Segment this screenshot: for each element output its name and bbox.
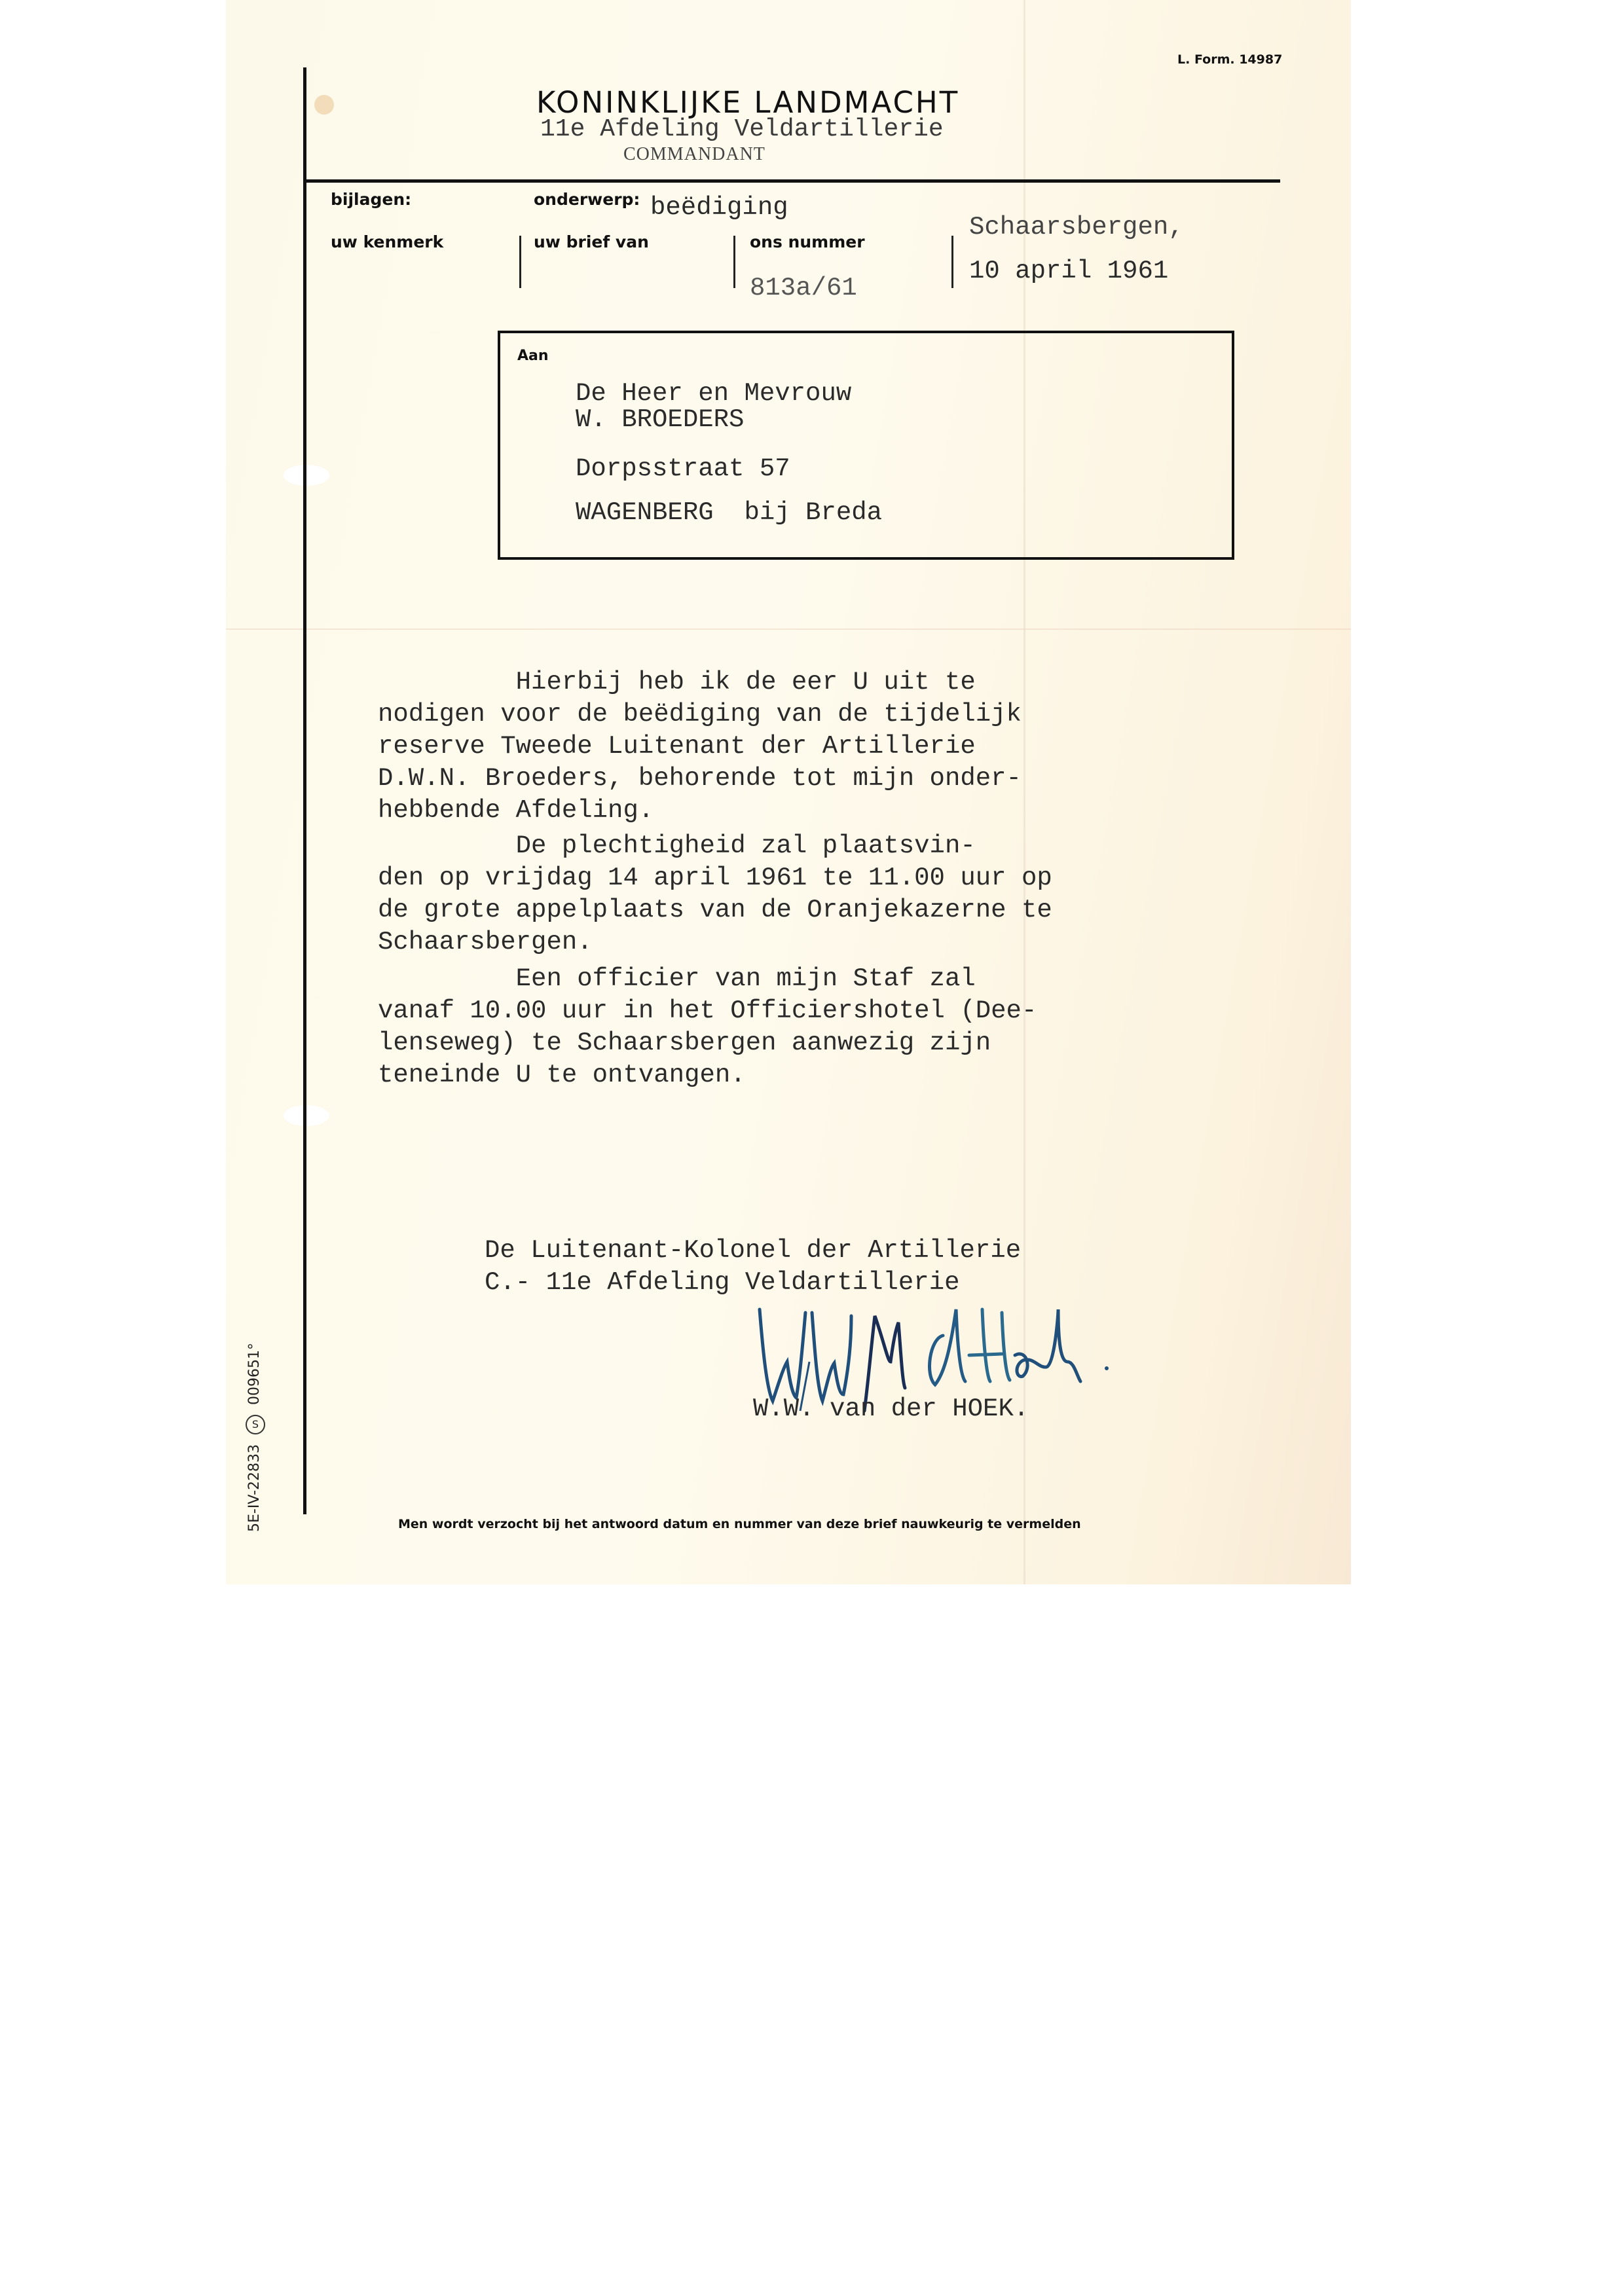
signer-name: W.W. van der HOEK. xyxy=(753,1394,1029,1423)
body-line: D.W.N. Broeders, behorende tot mijn onde… xyxy=(378,764,1022,793)
body-line: nodigen voor de beëdiging van de tijdeli… xyxy=(378,700,1022,729)
uw-kenmerk-label: uw kenmerk xyxy=(331,232,443,251)
field-separator xyxy=(951,236,953,288)
unit-name: 11e Afdeling Veldartillerie xyxy=(540,115,944,143)
address-line: Dorpsstraat 57 xyxy=(576,454,790,483)
date: 10 april 1961 xyxy=(969,257,1168,285)
address-label: Aan xyxy=(517,348,549,364)
uw-brief-van-label: uw brief van xyxy=(534,232,649,251)
body-line: lenseweg) te Schaarsbergen aanwezig zijn xyxy=(378,1029,991,1057)
paper-stain xyxy=(314,95,334,115)
header-rule xyxy=(303,179,1280,183)
field-separator xyxy=(519,236,521,288)
print-code: 5E-IV-22833 S 009651° xyxy=(246,1343,265,1532)
body-line: Een officier van mijn Staf zal xyxy=(378,964,976,993)
body-line: reserve Tweede Luitenant der Artillerie xyxy=(378,732,976,761)
signer-rank: De Luitenant-Kolonel der Artillerie xyxy=(485,1236,1021,1265)
body-line: hebbende Afdeling. xyxy=(378,796,654,825)
address-line: WAGENBERG bij Breda xyxy=(576,498,882,527)
body-line: de grote appelplaats van de Oranjekazern… xyxy=(378,896,1052,924)
address-box: Aan De Heer en Mevrouw W. BROEDERS Dorps… xyxy=(498,331,1234,560)
body-line: De plechtigheid zal plaatsvin- xyxy=(378,831,976,860)
address-line: W. BROEDERS xyxy=(576,405,744,434)
address-line: De Heer en Mevrouw xyxy=(576,379,851,408)
bijlagen-label: bijlagen: xyxy=(331,190,411,209)
footer-note: Men wordt verzocht bij het antwoord datu… xyxy=(398,1517,1081,1531)
fold-crease-horizontal xyxy=(226,629,1351,630)
body-line: Schaarsbergen. xyxy=(378,928,593,957)
office-title: COMMANDANT xyxy=(623,144,765,165)
signer-unit: C.- 11e Afdeling Veldartillerie xyxy=(485,1268,960,1297)
body-line: teneinde U te ontvangen. xyxy=(378,1061,746,1089)
onderwerp-label: onderwerp: xyxy=(534,190,640,209)
print-code-left: 5E-IV-22833 xyxy=(246,1444,263,1532)
place: Schaarsbergen, xyxy=(969,213,1184,242)
field-separator xyxy=(733,236,735,288)
ons-nummer-label: ons nummer xyxy=(750,232,865,251)
body-line: den op vrijdag 14 april 1961 te 11.00 uu… xyxy=(378,864,1052,892)
print-code-right: 009651° xyxy=(246,1343,263,1405)
letter-paper: L. Form. 14987 KONINKLIJKE LANDMACHT 11e… xyxy=(226,0,1351,1584)
punch-hole-top xyxy=(284,465,329,486)
crown-s-crest-icon: S xyxy=(246,1415,265,1434)
form-number: L. Form. 14987 xyxy=(1177,52,1282,67)
punch-hole-bottom xyxy=(284,1105,329,1126)
body-line: Hierbij heb ik de eer U uit te xyxy=(378,668,976,697)
body-line: vanaf 10.00 uur in het Officiershotel (D… xyxy=(378,996,1037,1025)
margin-rule xyxy=(303,67,306,1514)
ons-nummer-value: 813a/61 xyxy=(750,274,857,302)
onderwerp-value: beëdiging xyxy=(650,193,788,222)
